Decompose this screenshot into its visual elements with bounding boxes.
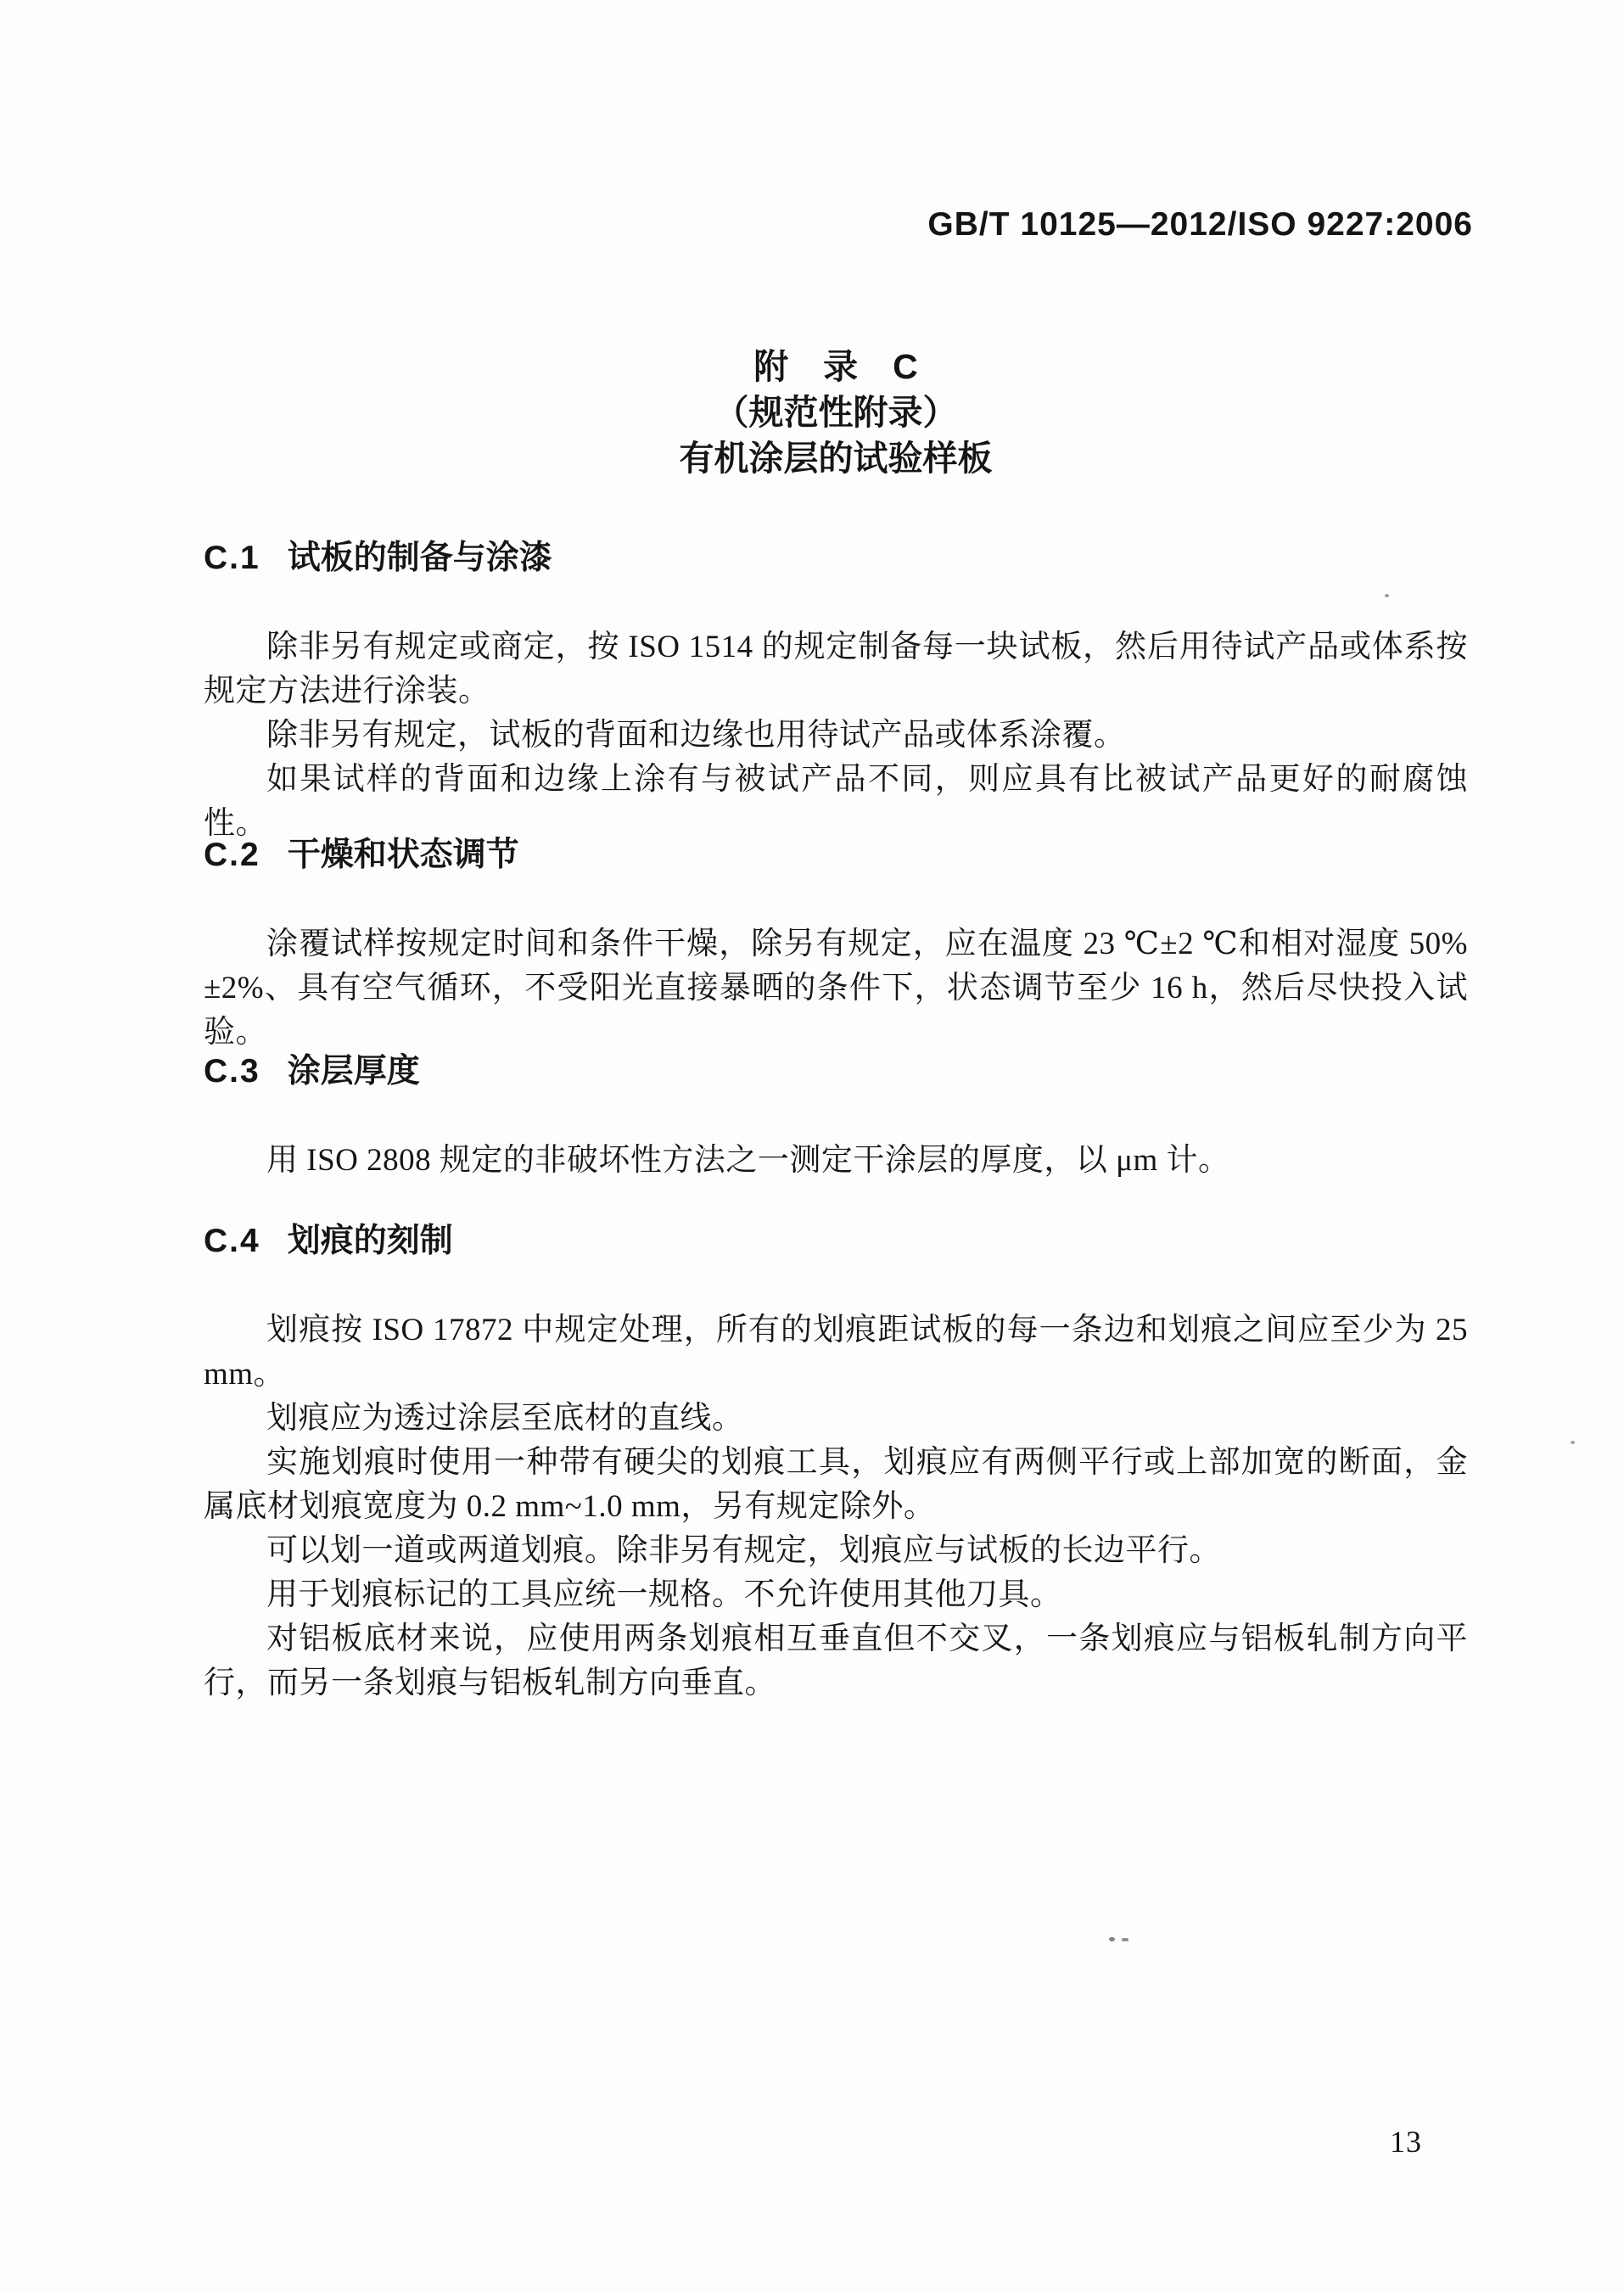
body-paragraph: 除非另有规定，试板的背面和边缘也用待试产品或体系涂覆。 [204, 714, 1468, 758]
section: C.2干燥和状态调节 涂覆试样按规定时间和条件干燥，除另有规定，应在温度 23 … [204, 835, 1468, 1055]
body-paragraph: 对铝板底材来说，应使用两条划痕相互垂直但不交叉，一条划痕应与铝板轧制方向平行，而… [204, 1617, 1468, 1706]
section-heading: C.1试板的制备与涂漆 [204, 538, 1468, 579]
body-paragraph: 除非另有规定或商定，按 ISO 1514 的规定制备每一块试板，然后用待试产品或… [204, 625, 1468, 714]
section-number: C.2 [204, 837, 260, 873]
section: C.1试板的制备与涂漆 除非另有规定或商定，按 ISO 1514 的规定制备每一… [204, 538, 1468, 846]
section-number: C.3 [204, 1053, 260, 1089]
appendix-subject-title: 有机涂层的试验样板 [204, 435, 1468, 481]
page-number: 13 [1390, 2124, 1422, 2159]
standard-number-header: GB/T 10125—2012/ISO 9227:2006 [927, 206, 1473, 244]
appendix-normative-label: （规范性附录） [204, 389, 1468, 435]
body-paragraph: 可以划一道或两道划痕。除非另有规定，划痕应与试板的长边平行。 [204, 1529, 1468, 1573]
section-paragraphs: 除非另有规定或商定，按 ISO 1514 的规定制备每一块试板，然后用待试产品或… [204, 625, 1468, 846]
body-paragraph: 划痕应为透过涂层至底材的直线。 [204, 1397, 1468, 1441]
body-paragraph: 用 ISO 2808 规定的非破坏性方法之一测定干涂层的厚度，以 μm 计。 [204, 1139, 1468, 1183]
section-title: 干燥和状态调节 [288, 837, 519, 873]
section-title: 划痕的刻制 [288, 1223, 453, 1259]
scan-artifact [1122, 1938, 1128, 1941]
section: C.3涂层厚度 用 ISO 2808 规定的非破坏性方法之一测定干涂层的厚度，以… [204, 1051, 1468, 1183]
body-paragraph: 实施划痕时使用一种带有硬尖的划痕工具，划痕应有两侧平行或上部加宽的断面，金属底材… [204, 1441, 1468, 1529]
section-number: C.4 [204, 1223, 260, 1259]
appendix-title: 附 录 C [204, 344, 1468, 389]
appendix-title-block: 附 录 C （规范性附录） 有机涂层的试验样板 [204, 344, 1468, 481]
scan-artifact [1571, 1441, 1575, 1444]
section-number: C.1 [204, 540, 260, 576]
section-paragraphs: 涂覆试样按规定时间和条件干燥，除另有规定，应在温度 23 ℃±2 ℃和相对湿度 … [204, 922, 1468, 1055]
section-title: 涂层厚度 [288, 1053, 420, 1089]
section-paragraphs: 用 ISO 2808 规定的非破坏性方法之一测定干涂层的厚度，以 μm 计。 [204, 1139, 1468, 1183]
body-paragraph: 如果试样的背面和边缘上涂有与被试产品不同，则应具有比被试产品更好的耐腐蚀性。 [204, 758, 1468, 846]
section-title: 试板的制备与涂漆 [288, 540, 552, 576]
body-paragraph: 涂覆试样按规定时间和条件干燥，除另有规定，应在温度 23 ℃±2 ℃和相对湿度 … [204, 922, 1468, 1055]
scan-artifact [1109, 1937, 1115, 1941]
section-heading: C.4划痕的刻制 [204, 1221, 1468, 1262]
document-page: GB/T 10125—2012/ISO 9227:2006 附 录 C （规范性… [0, 0, 1624, 2291]
body-paragraph: 划痕按 ISO 17872 中规定处理，所有的划痕距试板的每一条边和划痕之间应至… [204, 1308, 1468, 1397]
section-heading: C.3涂层厚度 [204, 1051, 1468, 1092]
scan-artifact [1385, 594, 1389, 597]
section: C.4划痕的刻制 划痕按 ISO 17872 中规定处理，所有的划痕距试板的每一… [204, 1221, 1468, 1706]
section-heading: C.2干燥和状态调节 [204, 835, 1468, 876]
body-paragraph: 用于划痕标记的工具应统一规格。不允许使用其他刀具。 [204, 1573, 1468, 1617]
section-paragraphs: 划痕按 ISO 17872 中规定处理，所有的划痕距试板的每一条边和划痕之间应至… [204, 1308, 1468, 1706]
